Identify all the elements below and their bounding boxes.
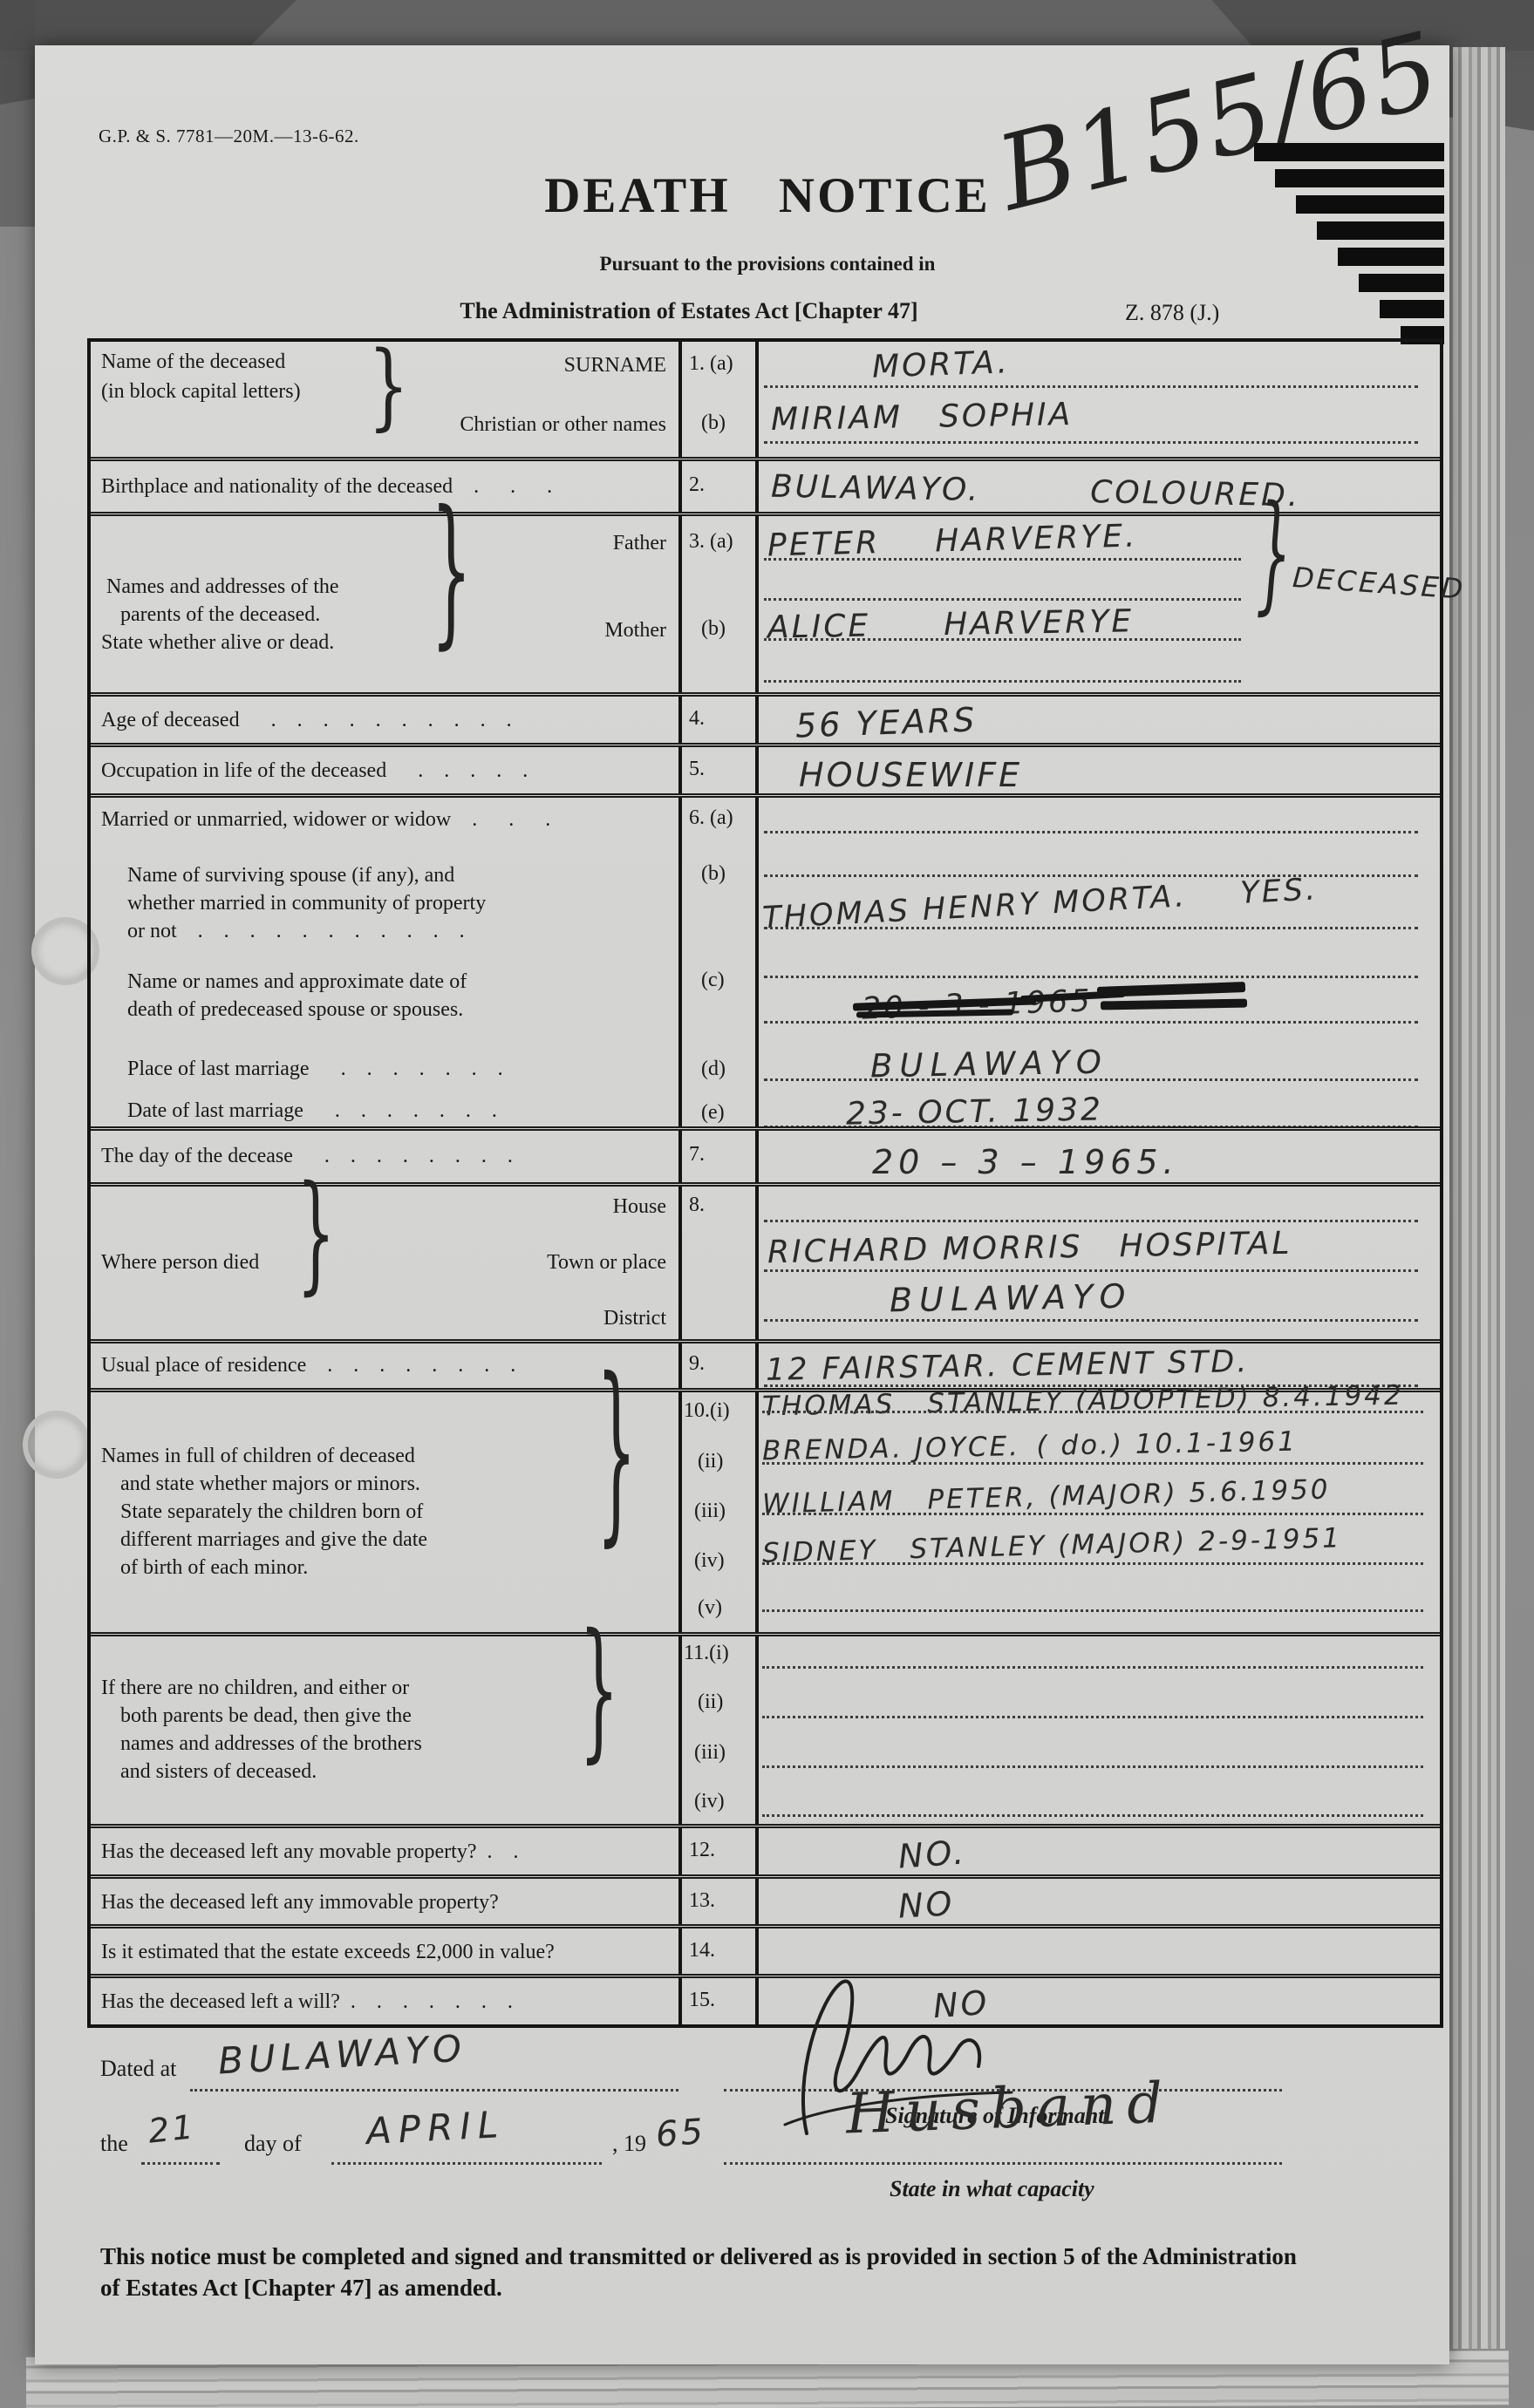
num-10ii: (ii) (698, 1450, 723, 1473)
children-label-line4: different marriages and give the date (120, 1527, 427, 1554)
dated-at-line (190, 2089, 678, 2092)
christian-names-value: MIRIAM SOPHIA (771, 397, 1074, 438)
parents-label-line1: Names and addresses of the (106, 574, 339, 601)
the-label: the (100, 2131, 128, 2157)
children-label-line3: State separately the children born of (120, 1499, 423, 1526)
movable-label: Has the deceased left any movable proper… (101, 1839, 518, 1866)
num-11i: 11.(i) (684, 1642, 729, 1665)
siblings-label-line1: If there are no children, and either or (101, 1675, 409, 1702)
surname-value: MORTA. (871, 344, 1010, 384)
row-age: Age of deceased . . . . . . . . . . 4. 5… (91, 692, 1440, 743)
father-value: PETER HARVERYE. (767, 518, 1138, 563)
num-6a: 6. (a) (689, 806, 733, 830)
district-sublabel: District (603, 1305, 666, 1332)
dotted-line (762, 1765, 1423, 1768)
residence-value: 12 FAIRSTAR. CEMENT STD. (766, 1344, 1250, 1388)
siblings-label-line3: names and addresses of the brothers (120, 1731, 422, 1758)
row-movable-property: Has the deceased left any movable proper… (91, 1824, 1440, 1874)
month-line (331, 2162, 602, 2165)
occupation-label: Occupation in life of the deceased . . .… (101, 758, 528, 785)
dotted-line (764, 558, 1241, 561)
dotted-line (762, 1462, 1423, 1465)
dotted-line (764, 441, 1418, 444)
where-died-brace: } (297, 1169, 336, 1297)
day-value: 21 (147, 2107, 198, 2150)
decease-day-value: 20 – 3 – 1965. (872, 1143, 1179, 1181)
children-brace: } (597, 1352, 637, 1547)
mounting-tape-left-edge (0, 0, 35, 227)
parents-deceased-annotation: DECEASED (1292, 561, 1467, 606)
death-notice-sheet: G.P. & S. 7781—20M.—13-6-62. B155/65 DEA… (35, 45, 1449, 2364)
dotted-line (764, 874, 1418, 877)
num-3a: 3. (a) (689, 530, 733, 554)
month-value: APRIL (365, 2103, 506, 2153)
num-3b: (b) (701, 617, 726, 641)
spouse-label-line2: whether married in community of property (127, 890, 486, 917)
footer-note-line2: of Estates Act [Chapter 47] as amended. (100, 2272, 1408, 2303)
row-occupation: Occupation in life of the deceased . . .… (91, 743, 1440, 793)
capacity-caption: State in what capacity (890, 2176, 1094, 2202)
subtitle-line2: The Administration of Estates Act [Chapt… (253, 298, 1125, 324)
dotted-line (762, 1609, 1423, 1612)
predeceased-label-line2: death of predeceased spouse or spouses. (127, 997, 463, 1024)
paper-stack-right-edge (1453, 47, 1505, 2349)
day-of-label: day of (244, 2131, 302, 2157)
row-parents: Names and addresses of the parents of th… (91, 512, 1440, 692)
parents-label-line3: State whether alive or dead. (101, 629, 334, 656)
num-13: 13. (689, 1889, 715, 1913)
page-title: DEATH NOTICE (331, 167, 1203, 224)
dotted-line (764, 831, 1418, 833)
birthplace-label: Birthplace and nationality of the deceas… (101, 473, 552, 500)
occupation-value: HOUSEWIFE (799, 756, 1022, 794)
place-last-marriage-label: Place of last marriage . . . . . . . (127, 1056, 503, 1083)
married-label: Married or unmarried, widower or widow .… (101, 806, 550, 833)
age-label: Age of deceased . . . . . . . . . . (101, 707, 512, 734)
num-10v: (v) (698, 1596, 722, 1620)
dotted-line (762, 1411, 1423, 1413)
num-6d: (d) (701, 1058, 726, 1081)
row-birthplace: Birthplace and nationality of the deceas… (91, 457, 1440, 512)
date-last-marriage-label: Date of last marriage . . . . . . . (127, 1098, 497, 1125)
form-code: Z. 878 (J.) (1125, 300, 1219, 326)
num-4: 4. (689, 707, 705, 731)
dotted-line (762, 1814, 1423, 1817)
christian-names-sublabel: Christian or other names (460, 412, 666, 439)
dotted-line (764, 1220, 1418, 1222)
spouse-label-line3: or not . . . . . . . . . . . (127, 918, 465, 945)
will-label: Has the deceased left a will? . . . . . … (101, 1989, 513, 2016)
dotted-line (764, 1021, 1418, 1024)
footer-note-line1: This notice must be completed and signed… (100, 2241, 1408, 2272)
dotted-line (764, 385, 1418, 388)
row-where-died: Where person died } House Town or place … (91, 1182, 1440, 1339)
scanned-document-page: G.P. & S. 7781—20M.—13-6-62. B155/65 DEA… (0, 0, 1534, 2408)
movable-value: NO. (897, 1833, 968, 1875)
corner-stripe-mark (1254, 143, 1446, 352)
num-10i: 10.(i) (684, 1399, 730, 1423)
num-15: 15. (689, 1989, 715, 2012)
dotted-line (764, 1269, 1418, 1272)
house-sublabel: House (613, 1194, 666, 1221)
dotted-line (762, 1666, 1423, 1669)
children-label-line5: of birth of each minor. (120, 1554, 308, 1582)
num-6b: (b) (701, 862, 726, 886)
parents-label-line2: parents of the deceased. (120, 602, 320, 629)
children-label-line2: and state whether majors or minors. (120, 1471, 420, 1498)
dotted-line (764, 598, 1241, 601)
dotted-line (764, 680, 1241, 683)
day-line (141, 2162, 220, 2165)
children-label-line1: Names in full of children of deceased (101, 1443, 415, 1470)
num-6e: (e) (701, 1101, 725, 1125)
dotted-line (764, 1319, 1418, 1322)
num-2: 2. (689, 473, 705, 497)
ink-scratch (1097, 982, 1245, 997)
num-12: 12. (689, 1839, 715, 1862)
num-10iii: (iii) (694, 1500, 726, 1523)
birthplace-value: BULAWAYO. COLOURED. (771, 469, 1301, 514)
capacity-value: Husband (845, 2071, 1175, 2146)
num-1b: (b) (701, 412, 726, 435)
num-7: 7. (689, 1143, 705, 1167)
immovable-value: NO (897, 1884, 956, 1925)
num-14: 14. (689, 1939, 715, 1962)
year-value: 65 (654, 2112, 706, 2155)
dotted-line (764, 976, 1418, 978)
num-11ii: (ii) (698, 1690, 723, 1714)
dated-at-value: BULAWAYO (217, 2027, 467, 2083)
row-estate-value: Is it estimated that the estate exceeds … (91, 1924, 1440, 1974)
where-died-hospital-value: RICHARD MORRIS HOSPITAL (767, 1226, 1292, 1270)
dotted-line (762, 1562, 1423, 1565)
parents-brace: } (431, 491, 472, 652)
name-label-line1: Name of the deceased (101, 349, 285, 376)
ink-scratch (1101, 999, 1247, 1010)
row-name: Name of the deceased (in block capital l… (91, 342, 1440, 457)
town-sublabel: Town or place (547, 1249, 666, 1276)
surname-sublabel: SURNAME (564, 352, 666, 379)
row-children: Names in full of children of deceased an… (91, 1388, 1440, 1632)
num-8: 8. (689, 1194, 705, 1217)
dotted-line (762, 1513, 1423, 1515)
num-11iii: (iii) (694, 1741, 726, 1765)
name-label-line2: (in block capital letters) (101, 378, 301, 405)
predeceased-label-line1: Name or names and approximate date of (127, 969, 467, 996)
subtitle-line1: Pursuant to the provisions contained in (331, 253, 1203, 275)
dotted-line (764, 1078, 1418, 1081)
age-value: 56 YEARS (794, 700, 978, 745)
capacity-line (724, 2162, 1282, 2165)
punch-hole-bottom (23, 1411, 91, 1479)
row-residence: Usual place of residence . . . . . . . .… (91, 1339, 1440, 1388)
child-2-value: BRENDA. JOYCE. ( do.) 10.1-1961 (762, 1426, 1299, 1467)
print-reference: G.P. & S. 7781—20M.—13-6-62. (99, 126, 359, 147)
row-siblings: If there are no children, and either or … (91, 1632, 1440, 1824)
mother-sublabel: Mother (604, 617, 666, 644)
dated-at-label: Dated at (100, 2056, 176, 2082)
row-marriage: Married or unmarried, widower or widow .… (91, 793, 1440, 1126)
where-died-label: Where person died (101, 1249, 259, 1276)
dotted-line (762, 1716, 1423, 1718)
where-died-district-value: BULAWAYO (890, 1277, 1133, 1320)
row-immovable-property: Has the deceased left any immovable prop… (91, 1874, 1440, 1924)
num-10iv: (iv) (694, 1549, 725, 1573)
name-brace: } (368, 339, 409, 432)
siblings-label-line4: and sisters of deceased. (120, 1758, 317, 1786)
num-11iv: (iv) (694, 1790, 725, 1813)
spouse-label-line1: Name of surviving spouse (if any), and (127, 862, 454, 889)
estate-label: Is it estimated that the estate exceeds … (101, 1939, 555, 1966)
siblings-label-line2: both parents be dead, then give the (120, 1703, 412, 1730)
siblings-brace: } (579, 1614, 619, 1765)
death-notice-form: Name of the deceased (in block capital l… (87, 338, 1443, 2028)
num-6c: (c) (701, 969, 725, 992)
num-1a: 1. (a) (689, 352, 733, 376)
father-sublabel: Father (613, 530, 666, 557)
immovable-label: Has the deceased left any immovable prop… (101, 1889, 499, 1916)
row-decease-day: The day of the decease . . . . . . . . 7… (91, 1126, 1440, 1182)
year-printed-prefix: , 19 (612, 2131, 646, 2157)
dotted-line (764, 927, 1418, 929)
num-9: 9. (689, 1352, 705, 1376)
deceased-brace-handwritten: } (1256, 490, 1292, 618)
dotted-line (764, 638, 1241, 641)
residence-label: Usual place of residence . . . . . . . . (101, 1352, 515, 1379)
num-5: 5. (689, 758, 705, 781)
